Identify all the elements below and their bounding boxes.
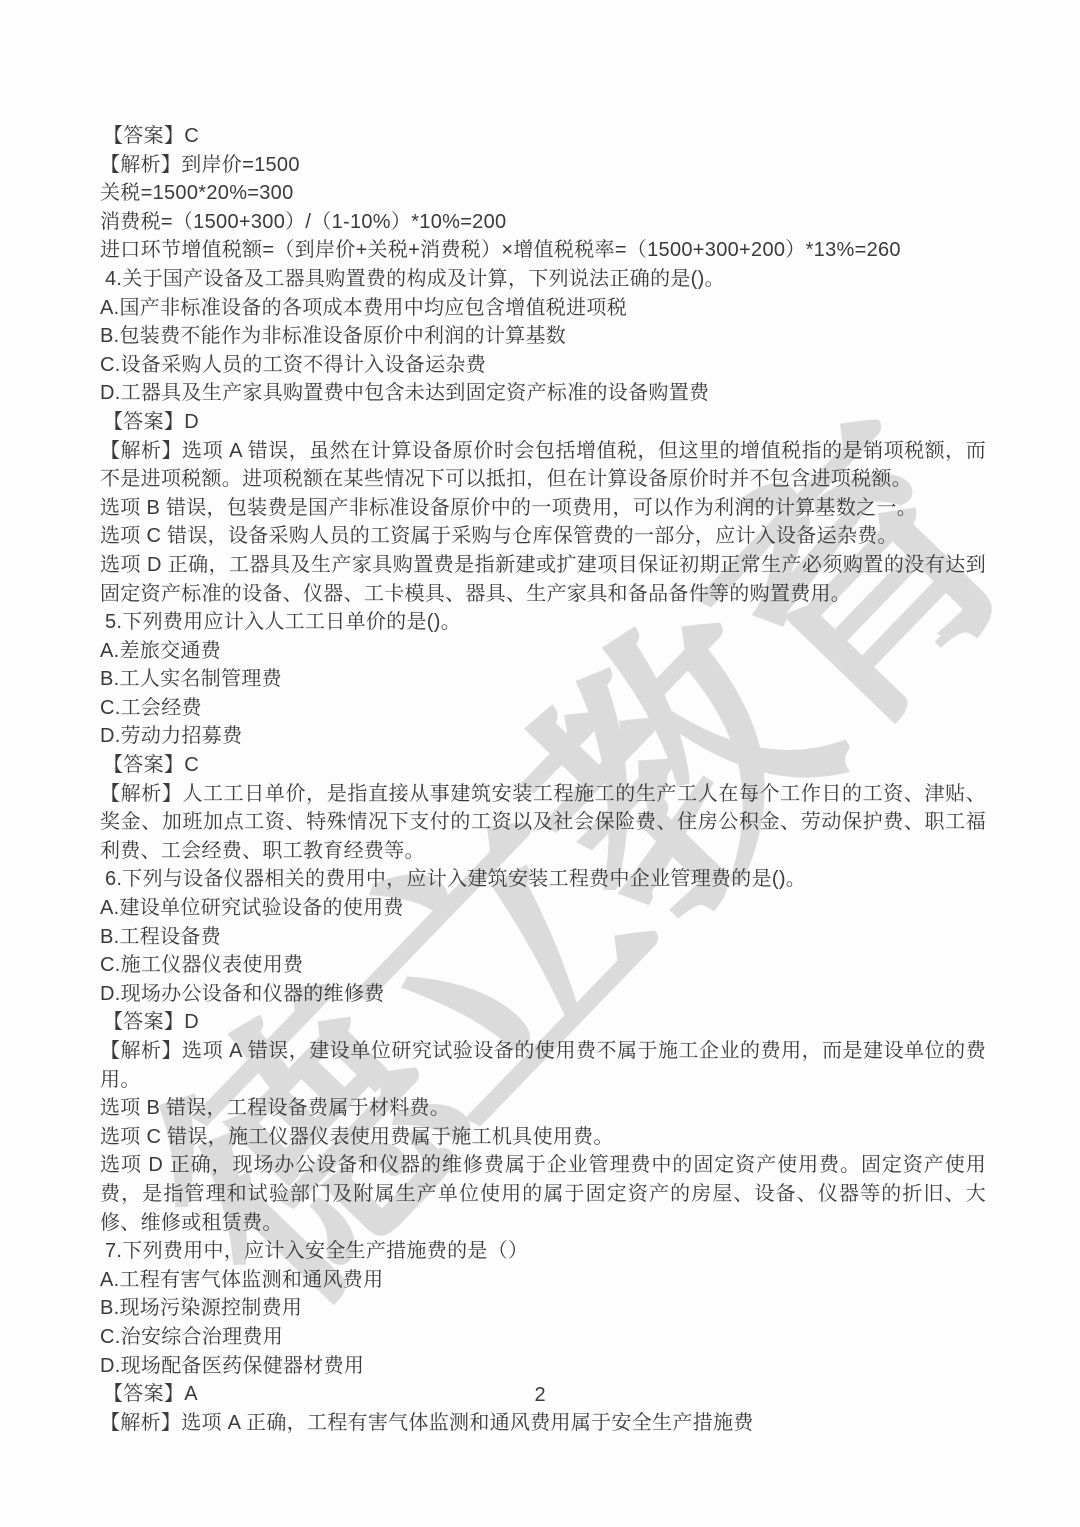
text-line-question: 5.下列费用应计入人工工日单价的是()。 [100, 608, 986, 637]
text-line-formula: 消费税=（1500+300）/（1-10%）*10%=200 [100, 208, 986, 237]
text-line-option: D.现场配备医药保健器材费用 [100, 1352, 986, 1381]
text-line-option: C.设备采购人员的工资不得计入设备运杂费 [100, 351, 986, 380]
text-line-analysis: 【解析】选项 A 正确，工程有害气体监测和通风费用属于安全生产措施费 [100, 1409, 986, 1438]
document-body: 【答案】C【解析】到岸价=1500关税=1500*20%=300消费税=（150… [100, 122, 986, 1437]
page-number: 2 [0, 1384, 1080, 1407]
text-line-question: 7.下列费用中，应计入安全生产措施费的是（） [100, 1237, 986, 1266]
text-line-analysis: 【解析】选项 A 错误，虽然在计算设备原价时会包括增值税，但这里的增值税指的是销… [100, 437, 986, 494]
text-line-option: A.建设单位研究试验设备的使用费 [100, 894, 986, 923]
text-line-option: B.工程设备费 [100, 923, 986, 952]
document-page: 德立教育 【答案】C【解析】到岸价=1500关税=1500*20%=300消费税… [0, 0, 1080, 1527]
text-line-analysis: 选项 D 正确，工器具及生产家具购置费是指新建或扩建项目保证初期正常生产必须购置… [100, 551, 986, 608]
text-line-option: D.工器具及生产家具购置费中包含未达到固定资产标准的设备购置费 [100, 379, 986, 408]
text-line-analysis: 【解析】选项 A 错误，建设单位研究试验设备的使用费不属于施工企业的费用，而是建… [100, 1037, 986, 1094]
text-line-option: A.差旅交通费 [100, 637, 986, 666]
text-line-option: B.包装费不能作为非标准设备原价中利润的计算基数 [100, 322, 986, 351]
text-line-option: C.治安综合治理费用 [100, 1323, 986, 1352]
text-line-analysis: 【解析】人工工日单价，是指直接从事建筑安装工程施工的生产工人在每个工作日的工资、… [100, 780, 986, 866]
text-line-option: A.国产非标准设备的各项成本费用中均应包含增值税进项税 [100, 294, 986, 323]
text-line-analysis: 【解析】到岸价=1500 [100, 151, 986, 180]
text-line-analysis: 选项 C 错误，设备采购人员的工资属于采购与仓库保管费的一部分，应计入设备运杂费… [100, 522, 986, 551]
text-line-option: B.现场污染源控制费用 [100, 1294, 986, 1323]
text-line-option: D.劳动力招募费 [100, 722, 986, 751]
text-line-analysis: 选项 D 正确，现场办公设备和仪器的维修费属于企业管理费中的固定资产使用费。固定… [100, 1151, 986, 1237]
text-line-option: B.工人实名制管理费 [100, 665, 986, 694]
text-line-option: D.现场办公设备和仪器的维修费 [100, 980, 986, 1009]
text-line-option: C.施工仪器仪表使用费 [100, 951, 986, 980]
text-line-analysis: 选项 C 错误，施工仪器仪表使用费属于施工机具使用费。 [100, 1123, 986, 1152]
text-line-formula: 关税=1500*20%=300 [100, 179, 986, 208]
text-line-formula: 进口环节增值税额=（到岸价+关税+消费税）×增值税税率=（1500+300+20… [100, 236, 986, 265]
text-line-answer: 【答案】D [100, 1008, 986, 1037]
text-line-answer: 【答案】C [100, 751, 986, 780]
text-line-question: 6.下列与设备仪器相关的费用中，应计入建筑安装工程费中企业管理费的是()。 [100, 865, 986, 894]
text-line-analysis: 选项 B 错误，包装费是国产非标准设备原价中的一项费用，可以作为利润的计算基数之… [100, 494, 986, 523]
text-line-answer: 【答案】D [100, 408, 986, 437]
text-line-option: A.工程有害气体监测和通风费用 [100, 1266, 986, 1295]
text-line-question: 4.关于国产设备及工器具购置费的构成及计算，下列说法正确的是()。 [100, 265, 986, 294]
text-line-option: C.工会经费 [100, 694, 986, 723]
text-line-analysis: 选项 B 错误，工程设备费属于材料费。 [100, 1094, 986, 1123]
text-line-answer: 【答案】C [100, 122, 986, 151]
